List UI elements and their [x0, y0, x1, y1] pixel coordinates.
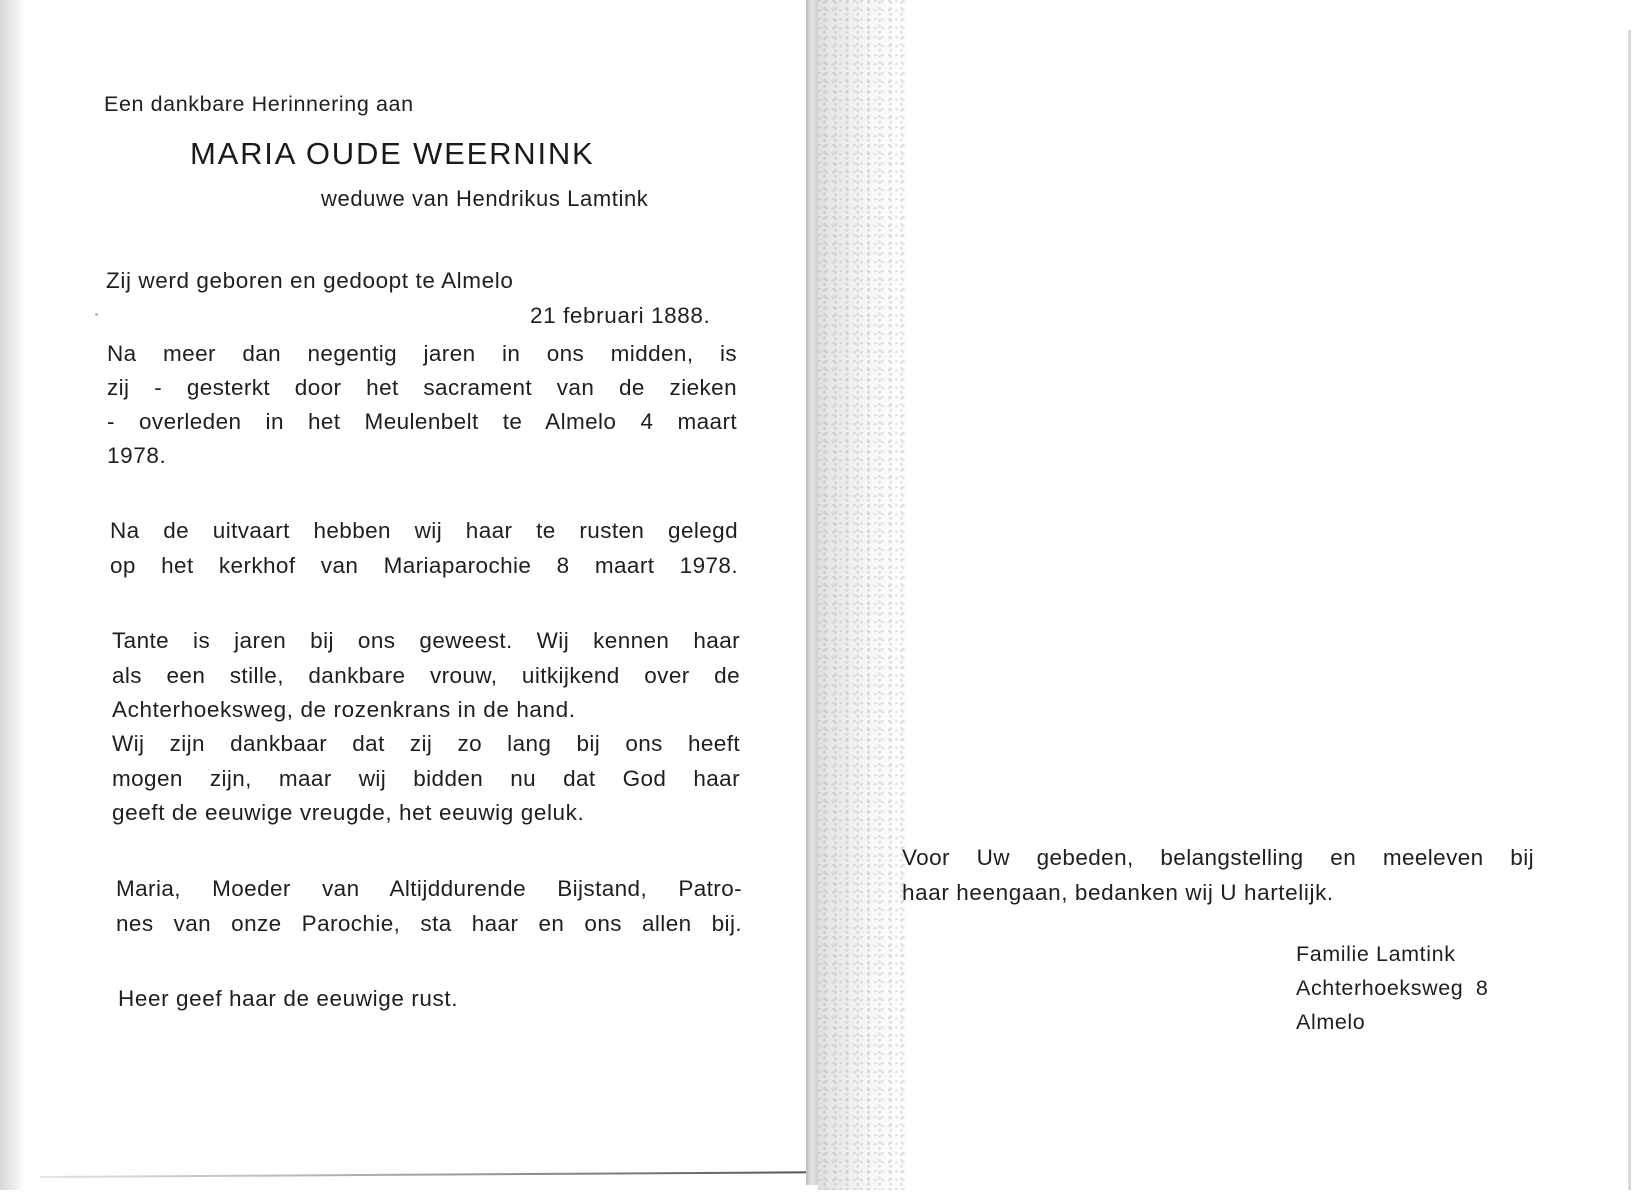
- thanks-line: haar heengaan, bedanken wij U hartelijk.: [902, 880, 1334, 906]
- closing-prayer: Heer geef haar de eeuwige rust.: [118, 986, 458, 1012]
- deceased-name: MARIA OUDE WEERNINK: [190, 136, 595, 172]
- left-page: Een dankbare Herinnering aan MARIA OUDE …: [0, 0, 810, 1190]
- prayer-line: nes van onze Parochie, sta haar en ons a…: [116, 911, 742, 937]
- remembrance-line: mogen zijn, maar wij bidden nu dat God h…: [112, 766, 740, 792]
- left-page-edge-shadow: [0, 0, 24, 1190]
- fold-spine: [806, 0, 818, 1185]
- death-line: zij - gesterkt door het sacrament van de…: [107, 375, 737, 401]
- thanks-line: Voor Uw gebeden, belangstelling en meele…: [902, 845, 1534, 871]
- burial-line: Na de uitvaart hebben wij haar te rusten…: [110, 518, 738, 544]
- prayer-line: Maria, Moeder van Altijddurende Bijstand…: [116, 876, 742, 902]
- paper-speck: [95, 313, 98, 316]
- remembrance-line: Wij zijn dankbaar dat zij zo lang bij on…: [112, 731, 740, 757]
- right-page: Voor Uw gebeden, belangstelling en meele…: [818, 0, 1633, 1190]
- death-year: 1978.: [107, 443, 166, 469]
- death-line: - overleden in het Meulenbelt te Almelo …: [107, 409, 737, 435]
- right-page-edge: [1628, 30, 1631, 1190]
- page-bottom-edge: [40, 1171, 815, 1178]
- remembrance-line: Tante is jaren bij ons geweest. Wij kenn…: [112, 628, 740, 654]
- remembrance-line: als een stille, dankbare vrouw, uitkijke…: [112, 663, 740, 689]
- intro-text: Een dankbare Herinnering aan: [104, 92, 414, 117]
- signature-city: Almelo: [1296, 1010, 1365, 1035]
- death-line: Na meer dan negentig jaren in ons midden…: [107, 341, 737, 367]
- remembrance-line: Achterhoeksweg, de rozenkrans in de hand…: [112, 697, 576, 723]
- burial-line: op het kerkhof van Mariaparochie 8 maart…: [110, 553, 738, 579]
- signature-family: Familie Lamtink: [1296, 942, 1456, 967]
- birth-line: Zij werd geboren en gedoopt te Almelo: [106, 268, 513, 294]
- widow-subtitle: weduwe van Hendrikus Lamtink: [321, 186, 648, 212]
- birth-date: 21 februari 1888.: [530, 303, 710, 329]
- remembrance-line: geeft de eeuwige vreugde, het eeuwig gel…: [112, 800, 584, 826]
- signature-street: Achterhoeksweg 8: [1296, 976, 1488, 1001]
- paper-texture: [818, 0, 908, 1190]
